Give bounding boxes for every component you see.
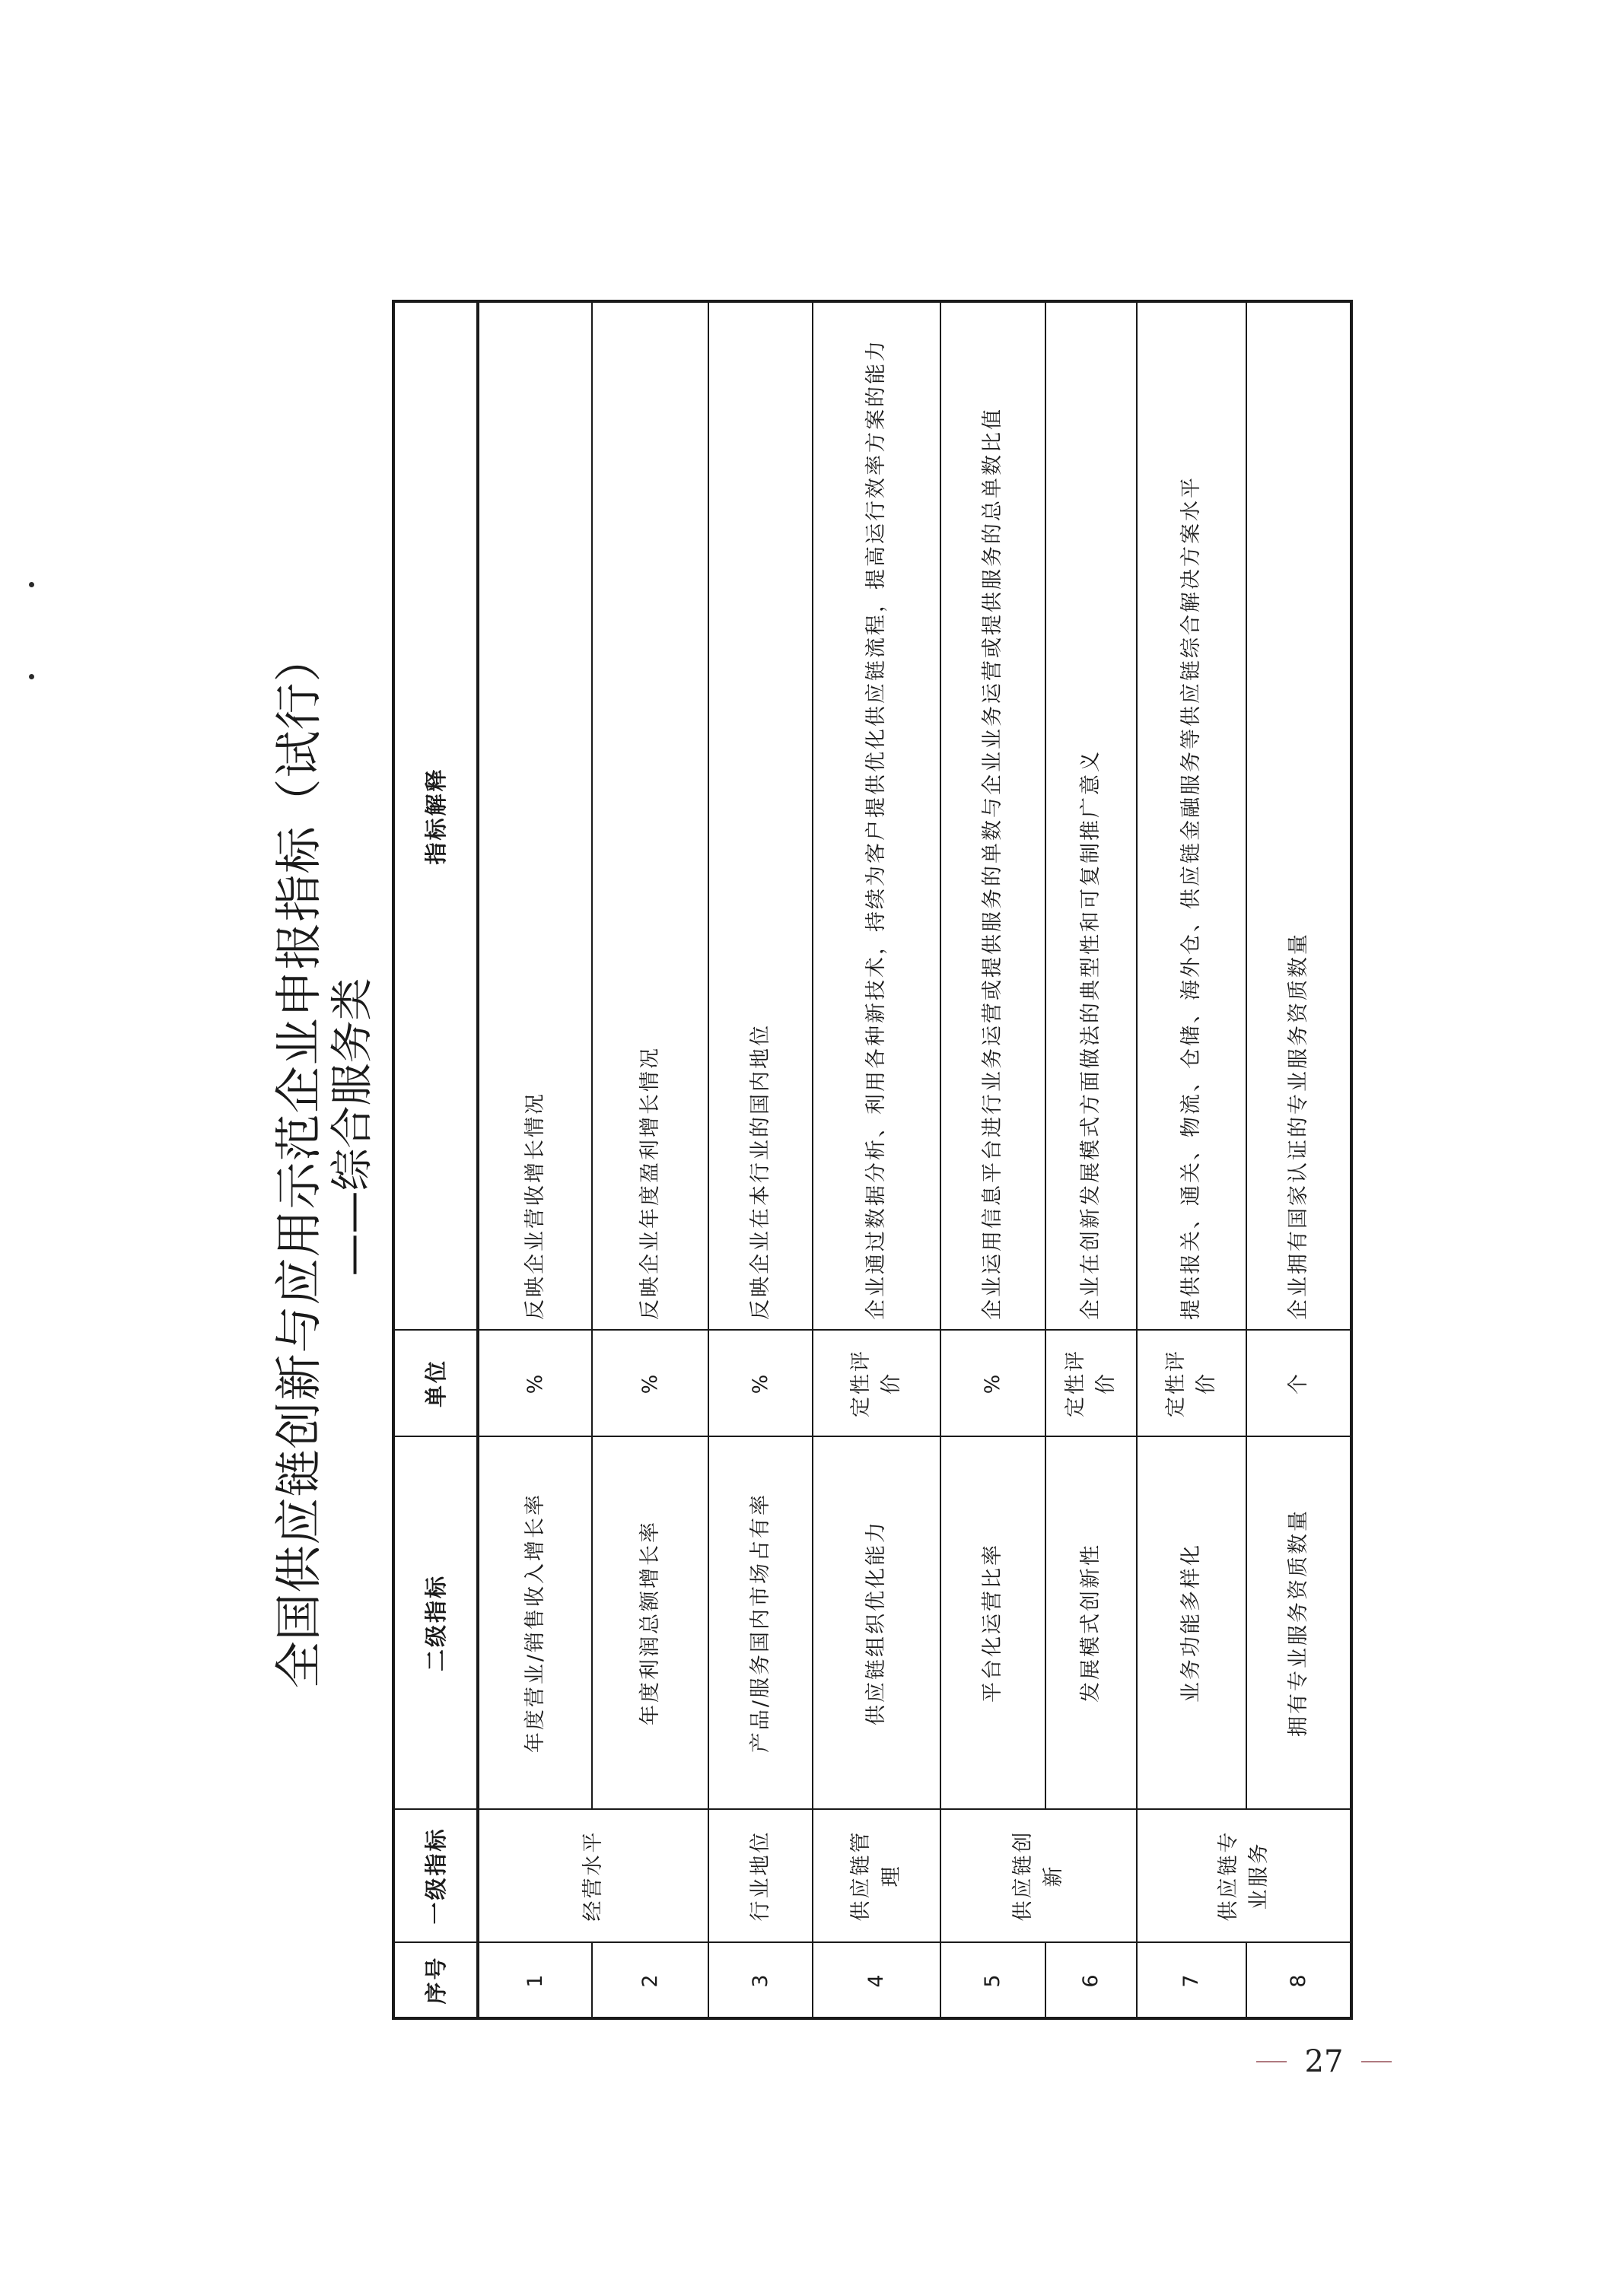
cell-level1: 供应链管理	[813, 1809, 940, 1942]
rotated-page-content: 全国供应链创新与应用示范企业申报指标（试行） ——综合服务类 序号 一级指标 二…	[259, 303, 1377, 2020]
cell-unit: 定性评价	[1137, 1330, 1246, 1436]
header-explanation: 指标解释	[393, 301, 478, 1330]
cell-no: 8	[1246, 1942, 1351, 2018]
cell-level1: 供应链创新	[940, 1809, 1137, 1942]
cell-explanation: 企业拥有国家认证的专业服务资质数量	[1246, 301, 1351, 1330]
page-number-dash-left	[1256, 2061, 1287, 2062]
table-row: 3 行业地位 产品/服务国内市场占有率 % 反映企业在本行业的国内地位	[708, 301, 813, 2018]
cell-unit: %	[592, 1330, 708, 1436]
table-row: 5 供应链创新 平台化运营比率 % 企业运用信息平台进行业务运营或提供服务的单数…	[940, 301, 1045, 2018]
page-number-dash-right	[1361, 2061, 1392, 2062]
cell-explanation: 企业通过数据分析、利用各种新技术，持续为客户提供优化供应链流程，提高运行效率方案…	[813, 301, 940, 1330]
cell-unit: 个	[1246, 1330, 1351, 1436]
cell-no: 5	[940, 1942, 1045, 2018]
cell-level2: 发展模式创新性	[1045, 1436, 1137, 1809]
header-unit: 单位	[393, 1330, 478, 1436]
cell-unit: %	[708, 1330, 813, 1436]
cell-no: 7	[1137, 1942, 1246, 2018]
indicator-table: 序号 一级指标 二级指标 单位 指标解释 1 经营水平 年度营业/销售收入增长率…	[392, 300, 1353, 2020]
cell-no: 4	[813, 1942, 940, 2018]
cell-no: 6	[1045, 1942, 1137, 2018]
document-subtitle: ——综合服务类	[329, 303, 377, 2020]
header-level2: 二级指标	[393, 1436, 478, 1809]
cell-explanation: 反映企业在本行业的国内地位	[708, 301, 813, 1330]
cell-level2: 年度利润总额增长率	[592, 1436, 708, 1809]
cell-no: 1	[478, 1942, 592, 2018]
table-row: 2 年度利润总额增长率 % 反映企业年度盈利增长情况	[592, 301, 708, 2018]
cell-level2: 供应链组织优化能力	[813, 1436, 940, 1809]
cell-explanation: 企业运用信息平台进行业务运营或提供服务的单数与企业业务运营或提供服务的总单数比值	[940, 301, 1045, 1330]
cell-level1: 行业地位	[708, 1809, 813, 1942]
table-row: 8 拥有专业服务资质数量 个 企业拥有国家认证的专业服务资质数量	[1246, 301, 1351, 2018]
binding-hole	[29, 582, 34, 587]
cell-unit: 定性评价	[813, 1330, 940, 1436]
table-row: 4 供应链管理 供应链组织优化能力 定性评价 企业通过数据分析、利用各种新技术，…	[813, 301, 940, 2018]
cell-explanation: 提供报关、通关、物流、仓储、海外仓、供应链金融服务等供应链综合解决方案水平	[1137, 301, 1246, 1330]
page-number: 27	[1248, 2039, 1400, 2085]
header-level1: 一级指标	[393, 1809, 478, 1942]
table-row: 6 发展模式创新性 定性评价 企业在创新发展模式方面做法的典型性和可复制推广意义	[1045, 301, 1137, 2018]
cell-no: 3	[708, 1942, 813, 2018]
cell-level1: 供应链专业服务	[1137, 1809, 1351, 1942]
cell-unit: %	[940, 1330, 1045, 1436]
cell-unit: 定性评价	[1045, 1330, 1137, 1436]
table-row: 1 经营水平 年度营业/销售收入增长率 % 反映企业营收增长情况	[478, 301, 592, 2018]
cell-level2: 拥有专业服务资质数量	[1246, 1436, 1351, 1809]
cell-level2: 平台化运营比率	[940, 1436, 1045, 1809]
cell-explanation: 反映企业年度盈利增长情况	[592, 301, 708, 1330]
page-number-value: 27	[1305, 2044, 1344, 2079]
cell-no: 2	[592, 1942, 708, 2018]
table-row: 7 供应链专业服务 业务功能多样化 定性评价 提供报关、通关、物流、仓储、海外仓…	[1137, 301, 1246, 2018]
header-no: 序号	[393, 1942, 478, 2018]
binding-hole	[29, 674, 34, 679]
cell-level2: 业务功能多样化	[1137, 1436, 1246, 1809]
cell-level2: 年度营业/销售收入增长率	[478, 1436, 592, 1809]
cell-explanation: 企业在创新发展模式方面做法的典型性和可复制推广意义	[1045, 301, 1137, 1330]
cell-explanation: 反映企业营收增长情况	[478, 301, 592, 1330]
cell-unit: %	[478, 1330, 592, 1436]
cell-level2: 产品/服务国内市场占有率	[708, 1436, 813, 1809]
cell-level1: 经营水平	[478, 1809, 708, 1942]
document-title: 全国供应链创新与应用示范企业申报指标（试行）	[272, 303, 326, 2020]
table-header-row: 序号 一级指标 二级指标 单位 指标解释	[393, 301, 478, 2018]
